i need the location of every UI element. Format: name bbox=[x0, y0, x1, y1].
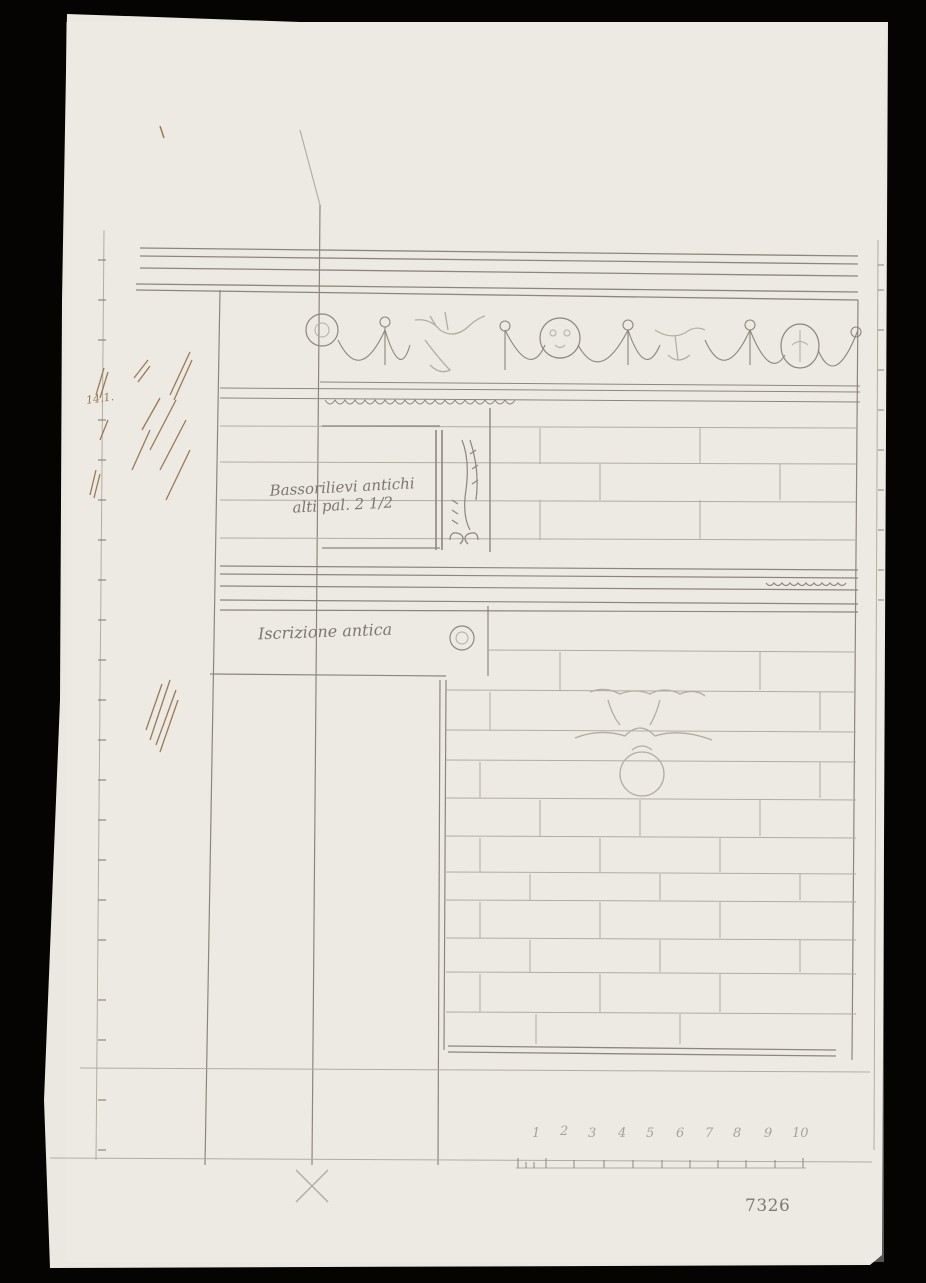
scale-label: 4 bbox=[618, 1126, 626, 1141]
drawing-sheet: Bassorilievi antichi alti pal. 2 1/2 Isc… bbox=[0, 0, 926, 1283]
annotation-reliefs: Bassorilievi antichi alti pal. 2 1/2 bbox=[269, 474, 416, 518]
scale-label: 5 bbox=[646, 1126, 654, 1141]
scale-label: 3 bbox=[588, 1126, 596, 1141]
scale-label: 8 bbox=[733, 1126, 741, 1141]
catalog-number: 7326 bbox=[745, 1196, 790, 1216]
scale-label: 2 bbox=[560, 1124, 568, 1139]
scale-label: 6 bbox=[676, 1126, 684, 1141]
scale-label: 1 bbox=[532, 1126, 540, 1141]
scale-label: 9 bbox=[764, 1126, 772, 1141]
scale-label: 10 bbox=[792, 1126, 809, 1141]
drawing-canvas bbox=[0, 0, 926, 1283]
scale-label: 7 bbox=[705, 1126, 713, 1141]
